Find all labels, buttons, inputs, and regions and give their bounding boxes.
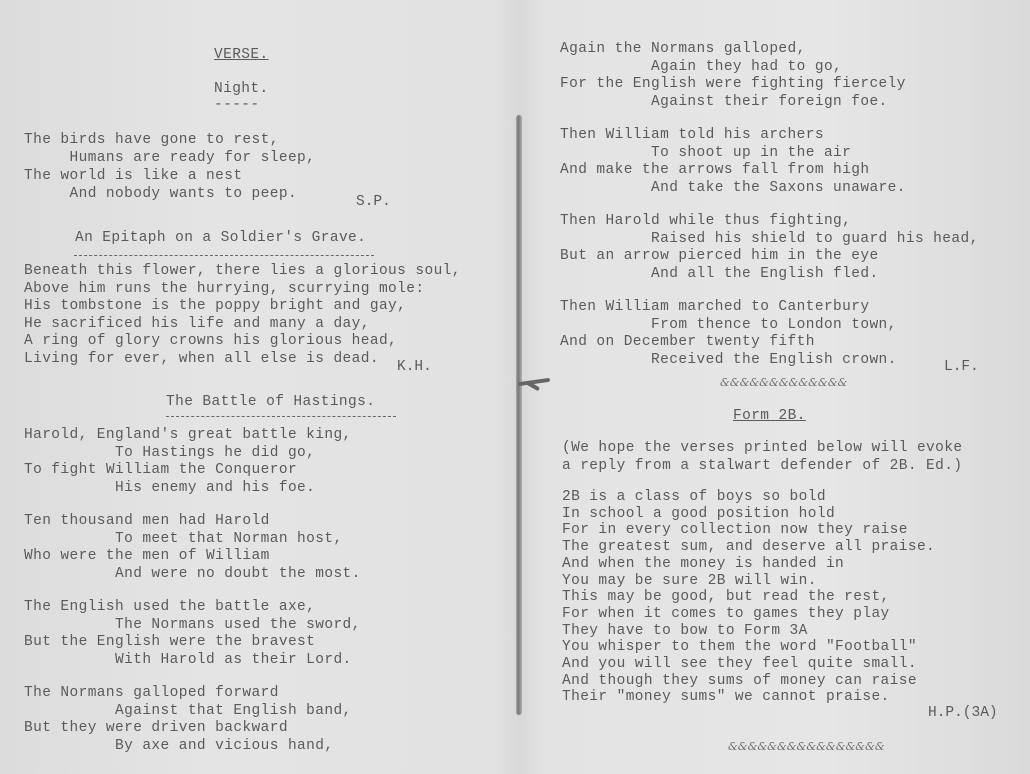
poem-author: L.F.: [944, 359, 979, 375]
title-rule: [74, 255, 374, 256]
poem-line: And nobody wants to peep.: [24, 185, 297, 203]
poem-line: Again the Normans galloped,: [560, 40, 806, 58]
poem-line: The English used the battle axe,: [24, 598, 315, 616]
poem-line: Then William told his archers: [560, 126, 824, 144]
poem-line: Against their foreign foe.: [560, 93, 888, 111]
booklet-spread: VERSE. Night. ----- The birds have gone …: [0, 0, 1030, 774]
poem-title-rule: -----: [214, 96, 260, 114]
poem-line: To Hastings he did go,: [24, 444, 315, 462]
poem-line: His tombstone is the poppy bright and ga…: [24, 297, 406, 315]
poem-line: Above him runs the hurrying, scurrying m…: [24, 280, 424, 298]
poem-line: He sacrificed his life and many a day,: [24, 315, 370, 333]
poem-line: The birds have gone to rest,: [24, 131, 279, 149]
poem-line: This may be good, but read the rest,: [562, 588, 890, 606]
poem-line: Ten thousand men had Harold: [24, 512, 270, 530]
title-rule: [166, 416, 396, 417]
poem-title-hastings: The Battle of Hastings.: [166, 393, 375, 411]
poem-line: With Harold as their Lord.: [24, 651, 352, 669]
poem-line: You may be sure 2B will win.: [562, 572, 817, 590]
poem-line: A ring of glory crowns his glorious head…: [24, 332, 397, 350]
poem-line: And take the Saxons unaware.: [560, 179, 906, 197]
right-page: Again the Normans galloped, Again they h…: [522, 0, 1030, 774]
section-title: VERSE.: [214, 46, 269, 64]
poem-line: Then William marched to Canterbury: [560, 298, 869, 316]
poem-line: To meet that Norman host,: [24, 530, 343, 548]
poem-line: For in every collection now they raise: [562, 521, 908, 539]
poem-line: But they were driven backward: [24, 719, 288, 737]
poem-line: And when the money is handed in: [562, 555, 844, 573]
poem-line: And make the arrows fall from high: [560, 161, 869, 179]
poem-line: Who were the men of William: [24, 547, 270, 565]
poem-author: S.P.: [356, 194, 391, 210]
ornament-divider: &&&&&&&&&&&&&: [720, 376, 847, 389]
poem-line: Against that English band,: [24, 702, 352, 720]
poem-line: In school a good position hold: [562, 505, 835, 523]
poem-line: And all the English fled.: [560, 265, 879, 283]
poem-line: Beneath this flower, there lies a glorio…: [24, 262, 461, 280]
poem-line: You whisper to them the word "Football": [562, 638, 917, 656]
poem-line: Then Harold while thus fighting,: [560, 212, 851, 230]
poem-line: For the English were fighting fiercely: [560, 75, 906, 93]
editor-note-line: (We hope the verses printed below will e…: [562, 439, 962, 457]
poem-line: By axe and vicious hand,: [24, 737, 333, 755]
poem-line: Again they had to go,: [560, 58, 842, 76]
left-page: VERSE. Night. ----- The birds have gone …: [0, 0, 516, 774]
poem-line: And you will see they feel quite small.: [562, 655, 917, 673]
poem-line: Living for ever, when all else is dead.: [24, 350, 379, 368]
poem-line: They have to bow to Form 3A: [562, 622, 808, 640]
poem-line: His enemy and his foe.: [24, 479, 315, 497]
poem-line: Harold, England's great battle king,: [24, 426, 352, 444]
poem-line: Raised his shield to guard his head,: [560, 230, 979, 248]
poem-line: But an arrow pierced him in the eye: [560, 247, 879, 265]
poem-author: K.H.: [397, 359, 432, 375]
poem-line: To shoot up in the air: [560, 144, 851, 162]
poem-line: The greatest sum, and deserve all praise…: [562, 538, 935, 556]
poem-title-form2b: Form 2B.: [733, 407, 806, 425]
poem-line: For when it comes to games they play: [562, 605, 890, 623]
poem-line: Humans are ready for sleep,: [24, 149, 315, 167]
poem-line: And were no doubt the most.: [24, 565, 361, 583]
poem-line: Received the English crown.: [560, 351, 897, 369]
poem-line: From thence to London town,: [560, 316, 897, 334]
poem-line: To fight William the Conqueror: [24, 461, 297, 479]
poem-author: H.P.(3A): [928, 705, 998, 721]
ornament-divider: &&&&&&&&&&&&&&&&: [728, 740, 885, 753]
poem-line: But the English were the bravest: [24, 633, 315, 651]
poem-line: And though they sums of money can raise: [562, 672, 917, 690]
poem-line: Their "money sums" we cannot praise.: [562, 688, 890, 706]
editor-note-line: a reply from a stalwart defender of 2B. …: [562, 457, 962, 475]
poem-title-epitaph: An Epitaph on a Soldier's Grave.: [75, 229, 366, 247]
poem-line: 2B is a class of boys so bold: [562, 488, 826, 506]
poem-line: And on December twenty fifth: [560, 333, 815, 351]
poem-line: The Normans galloped forward: [24, 684, 279, 702]
poem-line: The world is like a nest: [24, 167, 242, 185]
poem-line: The Normans used the sword,: [24, 616, 361, 634]
